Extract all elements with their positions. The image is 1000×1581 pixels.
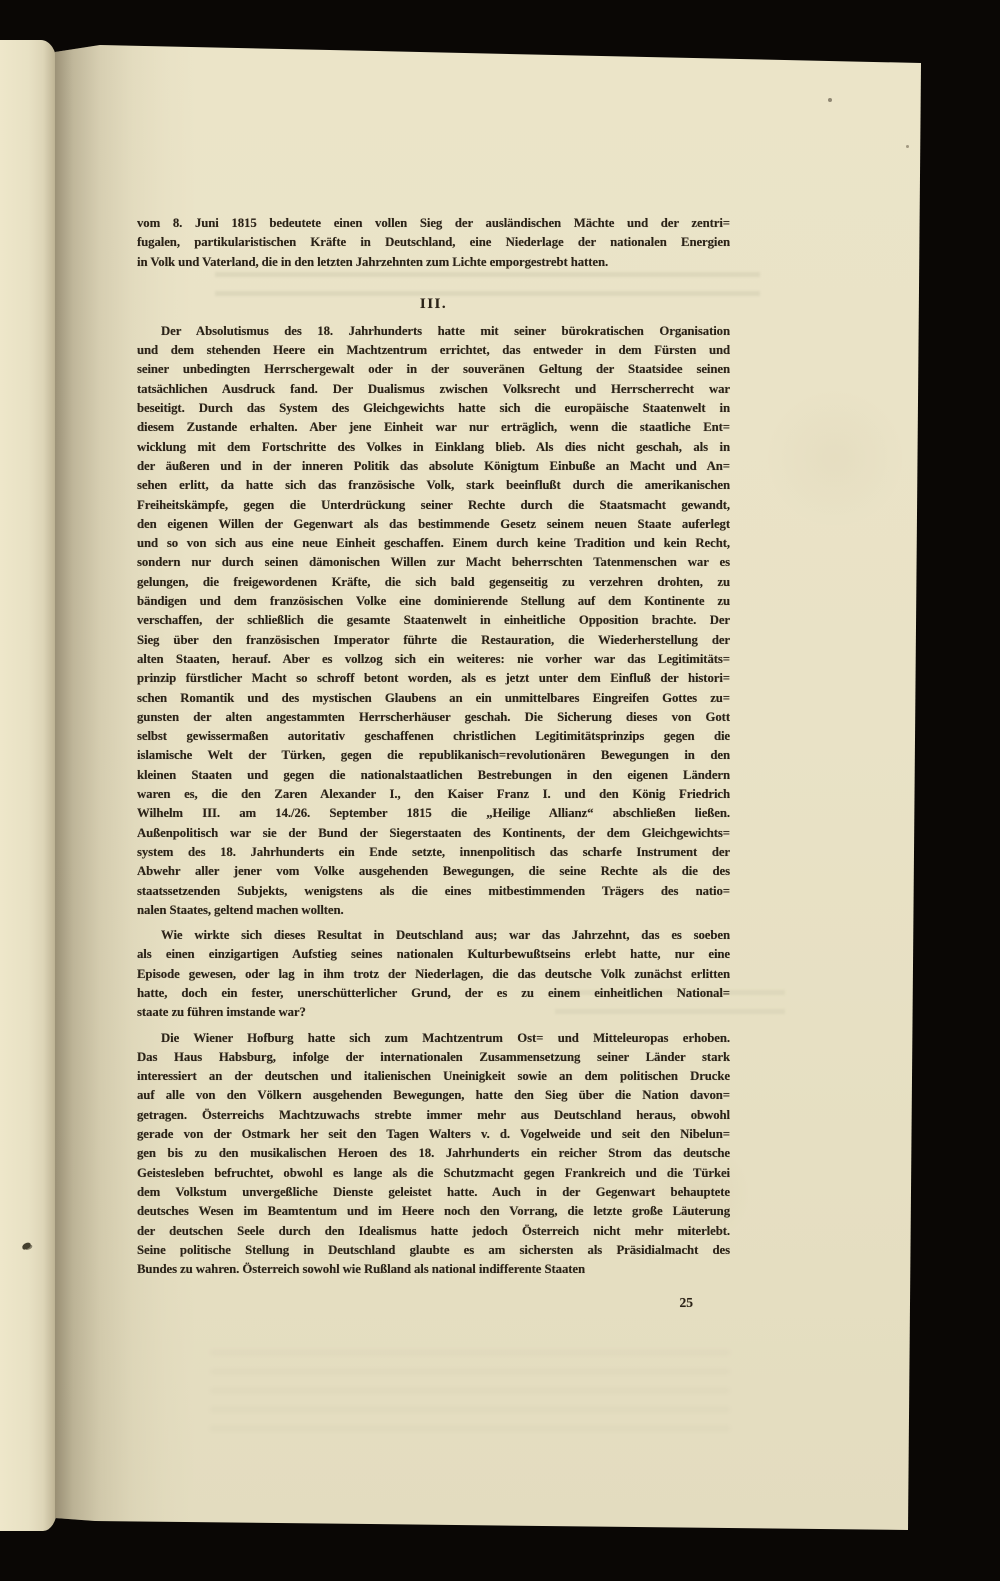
text-line: gen bis zu den musikalischen Heroen des … [137, 1144, 730, 1163]
text-line: der deutschen Seele durch den Idealismus… [137, 1222, 730, 1241]
text-line: dem Volkstum unvergeßliche Dienste gelei… [137, 1183, 730, 1202]
text-line: auf alle von den Völkern ausgehenden Bew… [137, 1086, 730, 1105]
text-line: und dem stehenden Heere ein Machtzentrum… [137, 341, 730, 360]
text-line: system des 18. Jahrhunderts ein Ende set… [137, 843, 730, 862]
text-line: verschaffen, der schließlich die gesamte… [137, 611, 730, 630]
text-line: alten Staaten, herauf. Aber es vollzog s… [137, 650, 730, 669]
text-line: Das Haus Habsburg, infolge der internati… [137, 1048, 730, 1067]
text-line: selbst gewissermaßen autoritativ geschaf… [137, 727, 730, 746]
text-line: gunsten der alten angestammten Herrscher… [137, 708, 730, 727]
text-line: vom 8. Juni 1815 bedeutete einen vollen … [137, 214, 730, 233]
paper-speck [828, 98, 832, 102]
text-line: staate zu führen imstande war? [137, 1003, 730, 1022]
paragraph-absolutismus: Der Absolutismus des 18. Jahrhunderts ha… [137, 322, 730, 920]
paper-speck [906, 145, 909, 148]
text-line: Episode gewesen, oder lag in ihm trotz d… [137, 965, 730, 984]
text-line: seiner unbedingten Herrschergewalt oder … [137, 360, 730, 379]
text-line: nalen Staates, geltend machen wollten. [137, 901, 730, 920]
text-line: Der Absolutismus des 18. Jahrhunderts ha… [137, 322, 730, 341]
text-line: bändigen und dem französischen Volke ein… [137, 592, 730, 611]
text-line: Außenpolitisch war sie der Bund der Sieg… [137, 824, 730, 843]
continuation-paragraph: vom 8. Juni 1815 bedeutete einen vollen … [137, 214, 730, 272]
text-line: sehen erlitt, da hatte sich das französi… [137, 476, 730, 495]
book-page: vom 8. Juni 1815 bedeutete einen vollen … [55, 38, 923, 1534]
text-block: vom 8. Juni 1815 bedeutete einen vollen … [137, 214, 730, 1285]
text-line: Geistesleben befruchtet, obwohl es lange… [137, 1164, 730, 1183]
text-line: beseitigt. Durch das System des Gleichge… [137, 399, 730, 418]
page-number: 25 [137, 1293, 693, 1313]
text-line: islamische Welt der Türken, gegen die re… [137, 746, 730, 765]
text-line: den eigenen Willen der Gegenwart als das… [137, 515, 730, 534]
paragraph-resultat: Wie wirkte sich dieses Resultat in Deuts… [137, 926, 730, 1022]
text-line: und so von sich aus eine neue Einheit ge… [137, 534, 730, 553]
text-line: als einen einzigartigen Aufstieg seines … [137, 945, 730, 964]
text-line: Seine politische Stellung in Deutschland… [137, 1241, 730, 1260]
text-line: schen Romantik und des mystischen Glaube… [137, 689, 730, 708]
text-line: der äußeren und in der inneren Politik d… [137, 457, 730, 476]
book-scan: vom 8. Juni 1815 bedeutete einen vollen … [0, 0, 1000, 1581]
text-line: wicklung mit dem Fortschritte des Volkes… [137, 438, 730, 457]
text-line: hatte, doch ein fester, unerschütterlich… [137, 984, 730, 1003]
text-line: in Volk und Vaterland, die in den letzte… [137, 253, 730, 272]
text-line: waren es, die den Zaren Alexander I., de… [137, 785, 730, 804]
text-line: gerade von der Ostmark her seit den Tage… [137, 1125, 730, 1144]
text-line: Abwehr aller jener vom Volke ausgehenden… [137, 862, 730, 881]
text-line: Bundes zu wahren. Österreich sowohl wie … [137, 1260, 730, 1279]
paragraph-hofburg: Die Wiener Hofburg hatte sich zum Machtz… [137, 1029, 730, 1280]
text-line: gelungen, die freigewordenen Kräfte, die… [137, 573, 730, 592]
text-line: interessiert an der deutschen und italie… [137, 1067, 730, 1086]
section-heading: III. [137, 294, 730, 314]
text-line: sondern nur durch seinen dämonischen Wil… [137, 553, 730, 572]
text-line: kleinen Staaten und gegen die nationalst… [137, 766, 730, 785]
show-through-text-band [210, 1350, 730, 1440]
text-line: Sieg über den französischen Imperator fü… [137, 631, 730, 650]
text-line: Wie wirkte sich dieses Resultat in Deuts… [137, 926, 730, 945]
previous-page-edge [0, 40, 57, 1531]
text-line: diesem Zustande erhalten. Aber jene Einh… [137, 418, 730, 437]
text-line: staatssetzenden Subjekts, wenigstens als… [137, 882, 730, 901]
text-line: tatsächlichen Ausdruck fand. Der Dualism… [137, 380, 730, 399]
text-line: deutsches Wesen im Beamtentum und im Hee… [137, 1202, 730, 1221]
text-line: Freiheitskämpfe, gegen die Unterdrückung… [137, 496, 730, 515]
text-line: Die Wiener Hofburg hatte sich zum Machtz… [137, 1029, 730, 1048]
text-line: getragen. Österreichs Machtzuwachs streb… [137, 1106, 730, 1125]
text-line: Wilhelm III. am 14./26. September 1815 d… [137, 804, 730, 823]
text-line: fugalen, partikularistischen Kräfte in D… [137, 233, 730, 252]
text-line: prinzip fürstlicher Macht so schroff bet… [137, 669, 730, 688]
